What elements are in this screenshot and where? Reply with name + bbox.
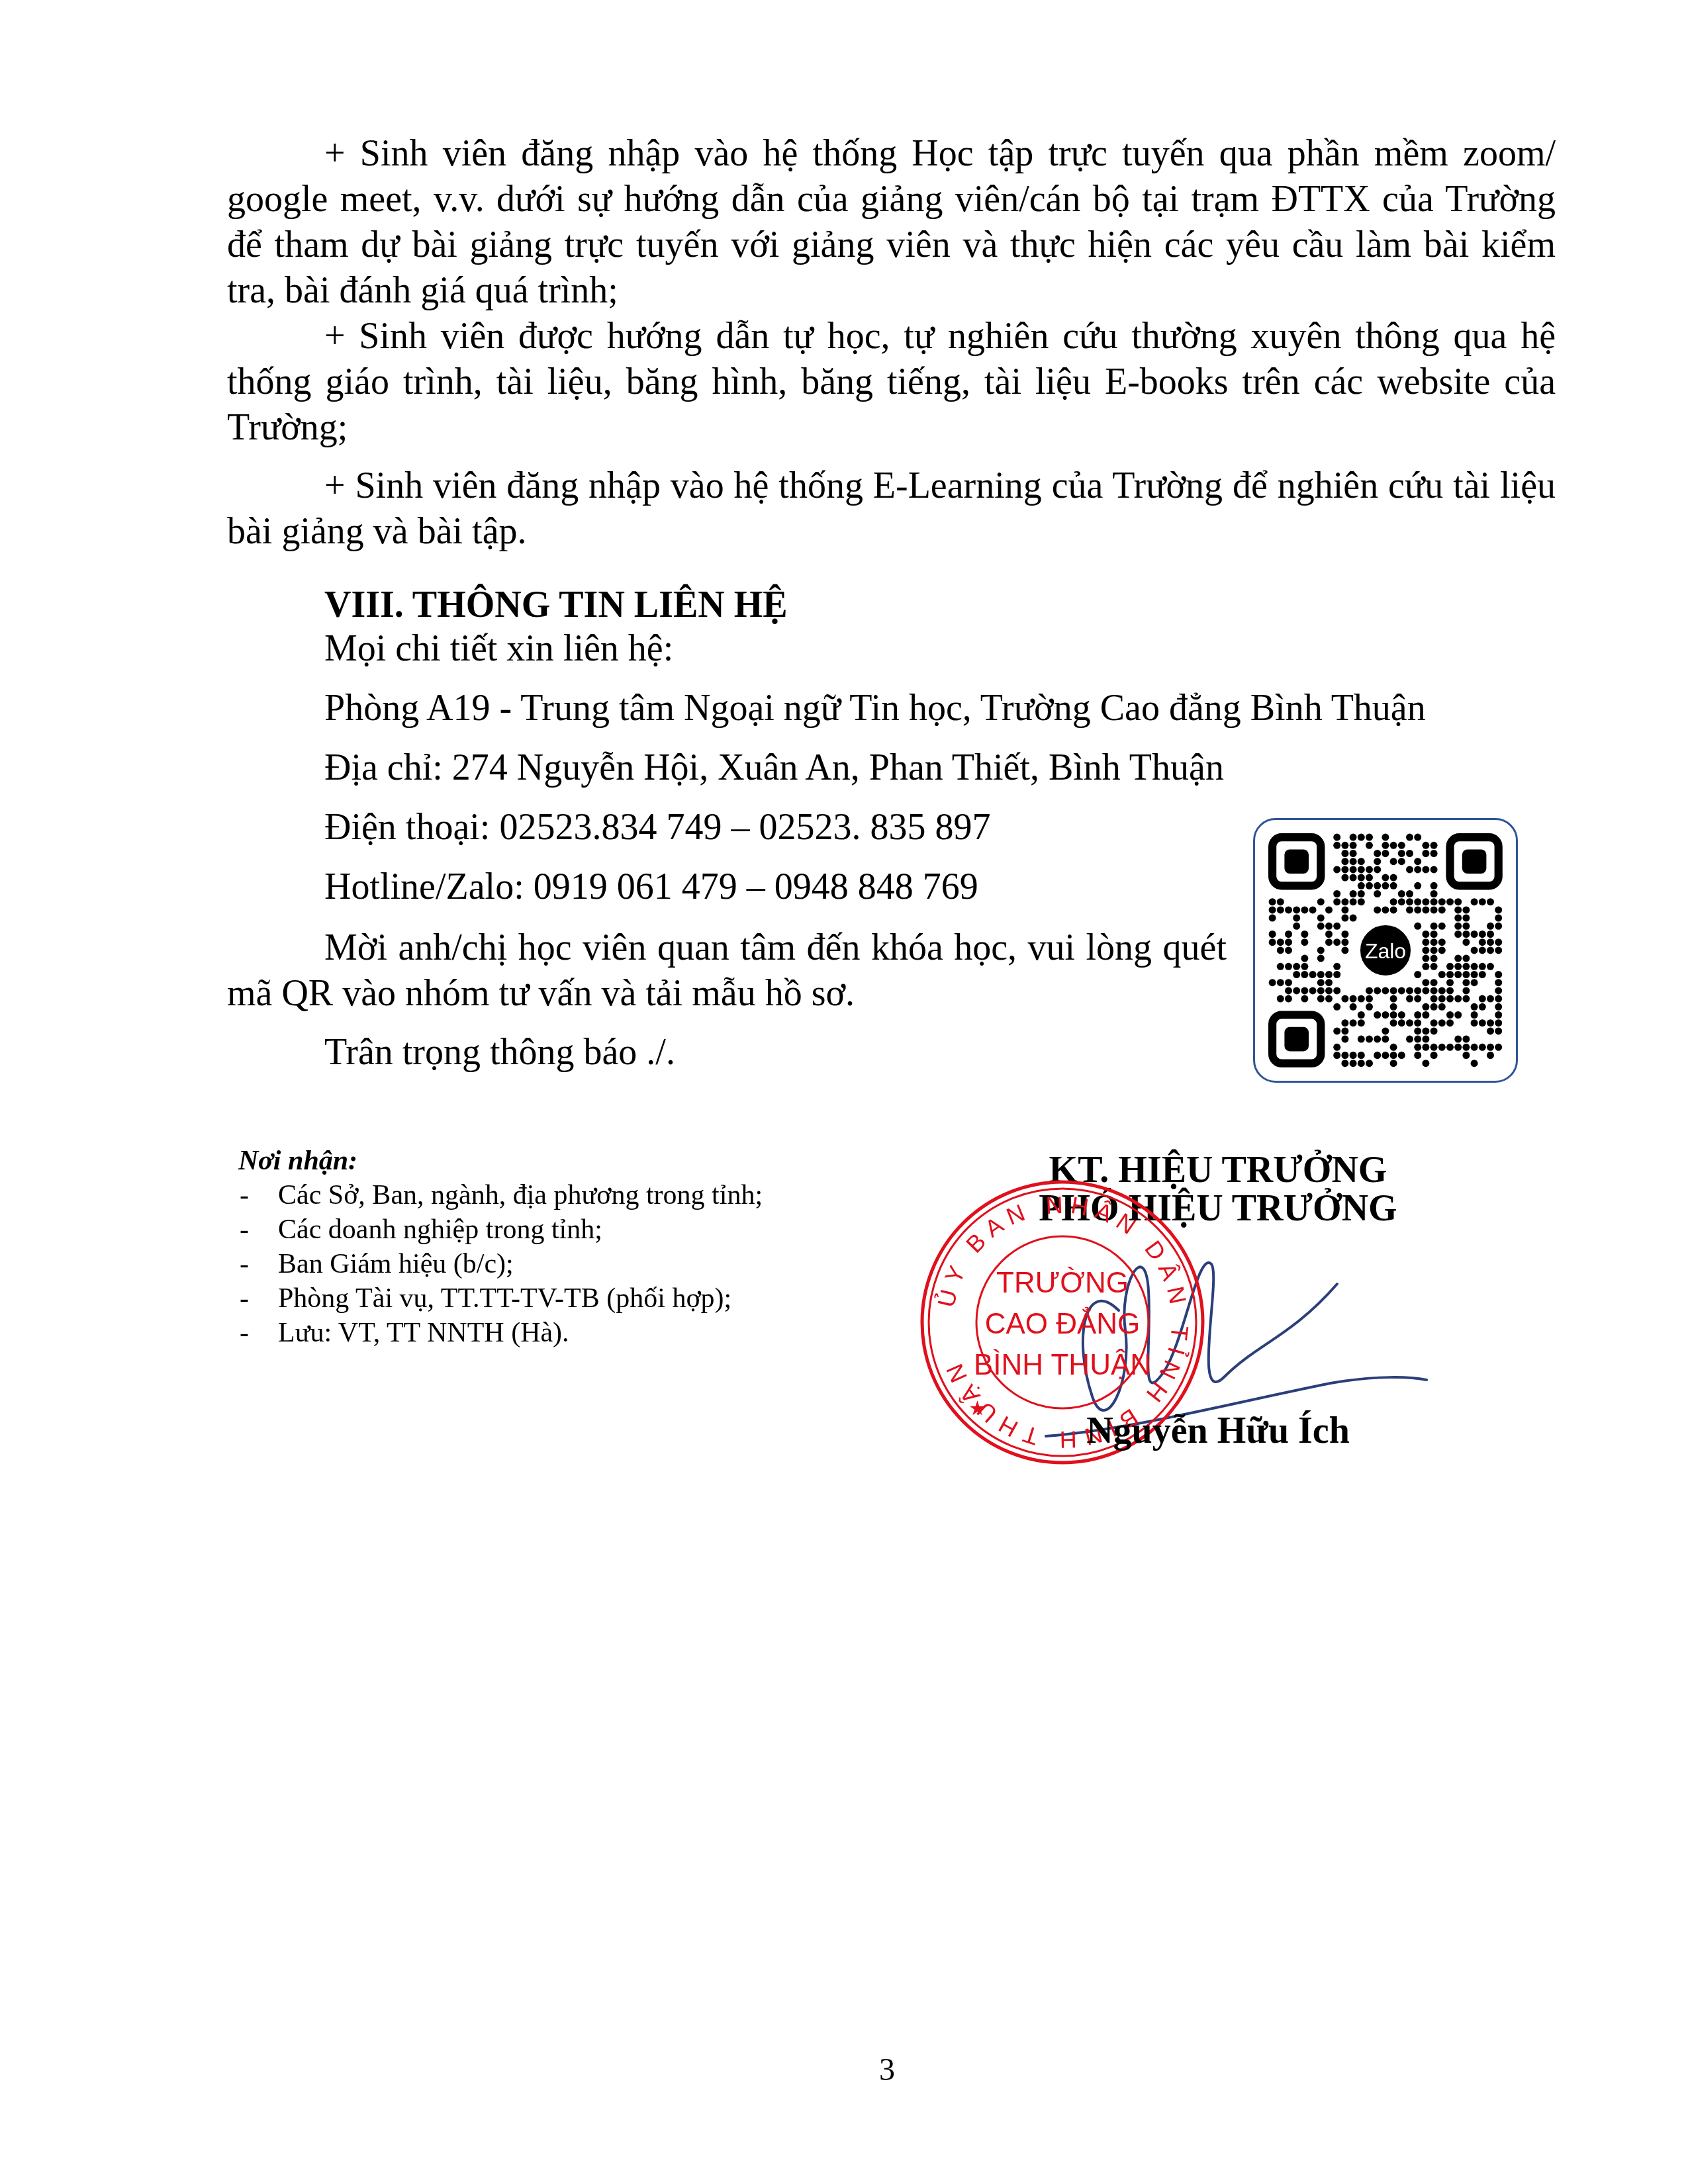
contact-intro: Mọi chi tiết xin liên hệ: (324, 626, 673, 672)
signer-name: Nguyễn Hữu Ích (993, 1411, 1443, 1451)
contact-phone: Điện thoại: 02523.834 749 – 02523. 835 8… (324, 805, 990, 850)
bullet-paragraph-self-study: + Sinh viên được hướng dẫn tự học, tự ng… (227, 314, 1556, 451)
page-number: 3 (874, 2052, 900, 2088)
bullet-paragraph-elearning: + Sinh viên đăng nhập vào hệ thống E-Lea… (227, 463, 1556, 555)
qr-code-icon: Zalo (1255, 820, 1516, 1081)
svg-text:CAO ĐẲNG: CAO ĐẲNG (985, 1306, 1141, 1340)
contact-hotline: Hotline/Zalo: 0919 061 479 – 0948 848 76… (324, 864, 978, 910)
svg-text:TRƯỜNG: TRƯỜNG (996, 1267, 1129, 1299)
recipient-item: Các doanh nghiệp trong tỉnh; (238, 1212, 763, 1247)
contact-address: Địa chỉ: 274 Nguyễn Hội, Xuân An, Phan T… (324, 745, 1224, 791)
invite-text: Mời anh/chị học viên quan tâm đến khóa h… (227, 927, 1227, 1014)
bullet-text: + Sinh viên được hướng dẫn tự học, tự ng… (227, 316, 1556, 448)
bullet-paragraph-online-learning: + Sinh viên đăng nhập vào hệ thống Học t… (227, 131, 1556, 314)
zalo-qr-code[interactable]: Zalo (1253, 818, 1518, 1083)
bullet-text: + Sinh viên đăng nhập vào hệ thống E-Lea… (227, 465, 1556, 552)
contact-invite: Mời anh/chị học viên quan tâm đến khóa h… (227, 925, 1227, 1017)
recipient-item: Ban Giám hiệu (b/c); (238, 1247, 763, 1281)
bullet-text: + Sinh viên đăng nhập vào hệ thống Học t… (227, 133, 1556, 311)
recipients-title: Nơi nhận: (238, 1144, 763, 1178)
closing-text: Trân trọng thông báo ./. (324, 1030, 675, 1075)
signature-title-2: PHÓ HIỆU TRƯỞNG (993, 1189, 1443, 1228)
recipients-list: Các Sở, Ban, ngành, địa phương trong tỉn… (238, 1178, 763, 1350)
recipient-item: Lưu: VT, TT NNTH (Hà). (238, 1316, 763, 1350)
recipient-item: Phòng Tài vụ, TT.TT-TV-TB (phối hợp); (238, 1281, 763, 1316)
signature-title-1: KT. HIỆU TRƯỞNG (993, 1150, 1443, 1190)
recipients-block: Nơi nhận: Các Sở, Ban, ngành, địa phương… (238, 1144, 763, 1350)
svg-text:★: ★ (968, 1397, 986, 1420)
section-heading-contact: VIII. THÔNG TIN LIÊN HỆ (324, 582, 788, 628)
svg-text:Zalo: Zalo (1365, 939, 1406, 963)
svg-text:BÌNH THUẬN: BÌNH THUẬN (974, 1349, 1151, 1381)
recipient-item: Các Sở, Ban, ngành, địa phương trong tỉn… (238, 1178, 763, 1212)
contact-office: Phòng A19 - Trung tâm Ngoại ngữ Tin học,… (324, 686, 1426, 731)
